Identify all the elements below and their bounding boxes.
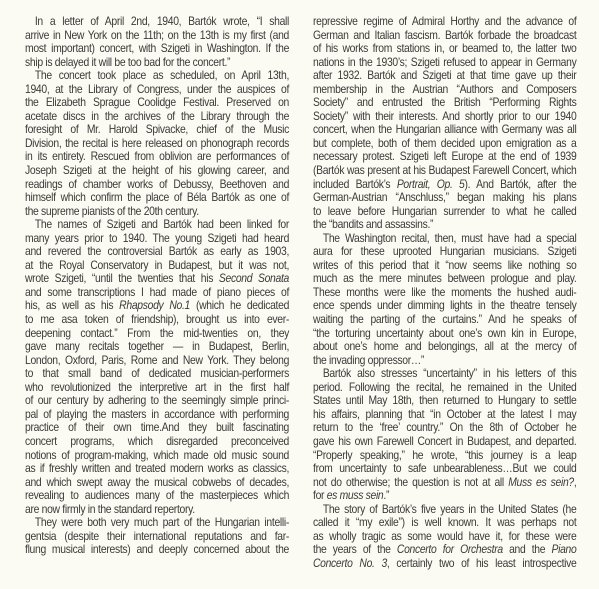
text-run: the invading oppressor…”	[313, 354, 424, 367]
italic-title: Rhapsody No.1	[119, 299, 190, 312]
paragraph: repressive regime of Admiral Horthy and …	[313, 15, 576, 232]
text-run: States until May 18th, then returned to …	[313, 394, 576, 407]
text-line: flung musical interests) and deeply conc…	[25, 543, 289, 557]
text-line: who revolutionized the interpretive art …	[25, 381, 289, 395]
text-run: concert, when the Hungarian alliance wit…	[313, 123, 576, 136]
text-line: London, Oxford, Paris, Rome and New York…	[25, 354, 289, 368]
text-line: and revered the controversial Bartók as …	[25, 245, 289, 259]
text-run: the “bandits and assassins.”	[313, 218, 433, 231]
text-line: concert programs, which disregarded prec…	[25, 435, 289, 449]
text-run: flung musical interests) and deeply conc…	[25, 543, 289, 556]
text-run: ence spends under dimming lights in the …	[313, 299, 576, 312]
text-line: and which swept away the musical cobwebs…	[25, 476, 289, 490]
text-line: of our century by adhering to the seemin…	[25, 394, 289, 408]
text-line: included Bartók’s Portrait, Op. 5). And …	[313, 178, 576, 192]
text-run: “the torturing uncertainty about one’s o…	[313, 327, 576, 340]
text-run: (Bartók was present at his Budapest Fare…	[313, 164, 576, 177]
text-line: 1940, at the Library of Congress, under …	[25, 83, 289, 97]
text-run: much as the mere minutes between prologu…	[313, 272, 576, 285]
text-run: Society” with their interests. And short…	[313, 110, 576, 123]
paragraph: The concert took place as scheduled, on …	[25, 69, 289, 218]
text-run: many years prior to 1940. The young Szig…	[25, 232, 289, 245]
text-line: The story of Bartók’s five years in the …	[313, 503, 576, 517]
text-line: period. Following the recital, he remain…	[313, 381, 576, 395]
text-run: for	[313, 489, 327, 502]
text-run: to leave before Hungarian surrender to w…	[313, 205, 576, 218]
text-run: in its entirety. Rescued from oblivion a…	[25, 150, 289, 163]
text-run: his affairs, planning that “in October a…	[313, 408, 576, 421]
text-run: They were both very much part of the Hun…	[35, 516, 289, 529]
text-line: nations in the 1930’s; Szigeti refused t…	[313, 56, 576, 70]
text-line: concert, when the Hungarian alliance wit…	[313, 123, 576, 137]
italic-title: Muss es sein?	[508, 476, 574, 489]
text-line: revealing to audiences many of the maste…	[25, 489, 289, 503]
text-line: the invading oppressor…”	[313, 354, 576, 368]
text-line: wrote Szigeti, “until the twenties that …	[25, 272, 289, 286]
text-line: the supreme pianists of the 20th century…	[25, 205, 289, 219]
text-run: ). And Bartók, after the	[465, 178, 577, 191]
text-run: concert programs, which disregarded prec…	[25, 435, 289, 448]
text-run: .”	[383, 489, 389, 502]
text-run: practice of their own time.And they buil…	[25, 421, 289, 434]
text-run: The concert took place as scheduled, on …	[35, 69, 289, 82]
italic-title: Second Sonata	[219, 272, 289, 285]
text-run: waiting the parting of the curtains.” An…	[313, 313, 576, 326]
liner-notes-page: In a letter of April 2nd, 1940, Bartók w…	[0, 0, 599, 589]
text-line: to that small band of dedicated musician…	[25, 367, 289, 381]
text-run: German and Italian fascism. Bartók forba…	[313, 29, 576, 42]
text-run: revealing to audiences many of the maste…	[25, 489, 289, 502]
left-column: In a letter of April 2nd, 1940, Bartók w…	[25, 15, 289, 557]
text-run: “Properly speaking,” he wrote, “this jou…	[313, 449, 576, 462]
text-line: ship is delayed it will be too bad for t…	[25, 56, 289, 70]
text-run: , certainly two of his least introspecti…	[387, 557, 577, 570]
italic-title: Concerto for Orchestra	[397, 543, 503, 556]
text-line: Society” and entrusted the British “Perf…	[313, 96, 576, 110]
text-line: of his works from stations in, or beamed…	[313, 42, 576, 56]
text-run: In a letter of April 2nd, 1940, Bartók w…	[35, 15, 289, 28]
text-run: Division, the recital is here released o…	[25, 137, 289, 150]
text-line: Concerto No. 3, certainly two of his lea…	[313, 557, 576, 571]
text-line: repressive regime of Admiral Horthy and …	[313, 15, 576, 29]
text-run: Bartók also stresses “uncertainty” in hi…	[323, 367, 577, 380]
text-line: as wholly tragic as some would have it, …	[313, 530, 576, 544]
text-line: are now firmly in the standard repertory…	[25, 503, 289, 517]
text-run: not do otherwise; the question is not at…	[313, 476, 508, 489]
paragraph: They were both very much part of the Hun…	[25, 516, 289, 557]
paragraph: Bartók also stresses “uncertainty” in hi…	[313, 367, 576, 502]
text-line: aura for these uprooted Hungarian musici…	[313, 245, 576, 259]
text-run: necessary protest. Szigeti left Europe a…	[313, 150, 576, 163]
text-run: to me asa token of friendship), brought …	[25, 313, 289, 326]
text-line: much as the mere minutes between prologu…	[313, 272, 576, 286]
text-run: of his works from stations in, or beamed…	[313, 42, 576, 55]
text-line: The names of Szigeti and Bartók had been…	[25, 218, 289, 232]
text-line: arrive in New York on the 11th; on the 1…	[25, 29, 289, 43]
text-line: German-Austrian “Anschluss,” began makin…	[313, 191, 576, 205]
text-line: about one’s home and belongings, all at …	[313, 340, 576, 354]
text-line: not do otherwise; the question is not at…	[313, 476, 576, 490]
text-run: who revolutionized the interpretive art …	[25, 381, 289, 394]
text-run: The story of Bartók’s five years in the …	[323, 503, 577, 516]
text-line: many years prior to 1940. The young Szig…	[25, 232, 289, 246]
text-line: but complete, both of them decided upon …	[313, 137, 576, 151]
italic-title: Portrait, Op. 5	[397, 178, 465, 191]
text-run: readings of chamber works of Debussy, Be…	[25, 178, 289, 191]
text-run: ship is delayed it will be too bad for t…	[25, 56, 230, 69]
text-line: In a letter of April 2nd, 1940, Bartók w…	[25, 15, 289, 29]
text-run: wrote Szigeti, “until the twenties that …	[25, 272, 219, 285]
text-line: The Washington recital, then, must have …	[313, 232, 576, 246]
text-line: most important) concert, with Szigeti in…	[25, 42, 289, 56]
text-run: (which he dedicated	[190, 299, 289, 312]
text-line: in its entirety. Rescued from oblivion a…	[25, 150, 289, 164]
text-line: “the torturing uncertainty about one’s o…	[313, 327, 576, 341]
text-line: to me asa token of friendship), brought …	[25, 313, 289, 327]
text-run: included Bartók’s	[313, 178, 397, 191]
text-line: writes of this period that it “now seems…	[313, 259, 576, 273]
text-run: pal of playing the masters in accordance…	[25, 408, 289, 421]
text-line: (Bartók was present at his Budapest Fare…	[313, 164, 576, 178]
text-run: ,	[574, 476, 577, 489]
text-run: return to the ‘free’ country.” On the 8t…	[313, 421, 576, 434]
text-run: The Washington recital, then, must have …	[323, 232, 577, 245]
text-run: arrive in New York on the 11th; on the 1…	[25, 29, 289, 42]
text-line: deepening contact.” From the mid-twentie…	[25, 327, 289, 341]
text-run: most important) concert, with Szigeti in…	[25, 42, 289, 55]
text-run: to that small band of dedicated musician…	[25, 367, 289, 380]
text-line: and some transcriptions I had made of pi…	[25, 286, 289, 300]
paragraph: The Washington recital, then, must have …	[313, 232, 576, 367]
text-line: Bartók also stresses “uncertainty” in hi…	[313, 367, 576, 381]
text-run: the supreme pianists of the 20th century…	[25, 205, 199, 218]
text-line: “Properly speaking,” he wrote, “this jou…	[313, 449, 576, 463]
text-line: the “bandits and assassins.”	[313, 218, 576, 232]
text-run: period. Following the recital, he remain…	[313, 381, 576, 394]
text-line: practice of their own time.And they buil…	[25, 421, 289, 435]
paragraph: The story of Bartók’s five years in the …	[313, 503, 576, 571]
text-run: membership in the Austrian “Authors and …	[313, 83, 576, 96]
text-line: States until May 18th, then returned to …	[313, 394, 576, 408]
text-run: writes of this period that it “now seems…	[313, 259, 576, 272]
text-line: the years of the Concerto for Orchestra …	[313, 543, 576, 557]
text-line: himself which confirm the place of Béla …	[25, 191, 289, 205]
text-run: of our century by adhering to the seemin…	[25, 394, 289, 407]
text-run: as wholly tragic as some would have it, …	[313, 530, 576, 543]
text-line: These months were like the moments the h…	[313, 286, 576, 300]
text-line: called it “my exile”) is well known. It …	[313, 516, 576, 530]
text-run: and some transcriptions I had made of pi…	[25, 286, 289, 299]
text-run: at the Royal Conservatory in Budapest, b…	[25, 259, 289, 272]
paragraph: The names of Szigeti and Bartók had been…	[25, 218, 289, 516]
text-run: These months were like the moments the h…	[313, 286, 576, 299]
text-run: himself which confirm the place of Béla …	[25, 191, 289, 204]
text-line: his, as well as his Rhapsody No.1 (which…	[25, 299, 289, 313]
text-run: gave his own Farewell Concert in Budapes…	[313, 435, 576, 448]
text-line: from uncertainty to safe unbearableness……	[313, 462, 576, 476]
text-line: The concert took place as scheduled, on …	[25, 69, 289, 83]
text-line: ence spends under dimming lights in the …	[313, 299, 576, 313]
text-line: for es muss sein.”	[313, 489, 576, 503]
text-run: foresight of Mr. Harold Spivacke, chief …	[25, 123, 289, 136]
text-run: 1940, at the Library of Congress, under …	[25, 83, 289, 96]
text-run: the years of the	[313, 543, 397, 556]
text-line: return to the ‘free’ country.” On the 8t…	[313, 421, 576, 435]
text-run: but complete, both of them decided upon …	[313, 137, 576, 150]
text-line: to leave before Hungarian surrender to w…	[313, 205, 576, 219]
text-line: pal of playing the masters in accordance…	[25, 408, 289, 422]
text-line: They were both very much part of the Hun…	[25, 516, 289, 530]
text-run: the Elizabeth Sprague Coolidge Festival.…	[25, 96, 289, 109]
text-run: gentsia (despite their international rep…	[25, 530, 289, 543]
right-column: repressive regime of Admiral Horthy and …	[313, 15, 576, 570]
text-run: his, as well as his	[25, 299, 119, 312]
text-run: The names of Szigeti and Bartók had been…	[35, 218, 289, 231]
text-line: gave many recitals together — in Budapes…	[25, 340, 289, 354]
text-run: German-Austrian “Anschluss,” began makin…	[313, 191, 576, 204]
italic-title: Piano	[552, 543, 577, 556]
text-run: as if freshly written and treated modern…	[25, 462, 289, 475]
text-run: London, Oxford, Paris, Rome and New York…	[25, 354, 289, 367]
text-line: Division, the recital is here released o…	[25, 137, 289, 151]
text-line: Society” with their interests. And short…	[313, 110, 576, 124]
text-run: acetate discs in the archives of the Lib…	[25, 110, 289, 123]
text-line: waiting the parting of the curtains.” An…	[313, 313, 576, 327]
text-line: his affairs, planning that “in October a…	[313, 408, 576, 422]
text-run: aura for these uprooted Hungarian musici…	[313, 245, 576, 258]
text-run: Society” and entrusted the British “Perf…	[313, 96, 576, 109]
text-run: and revered the controversial Bartók as …	[25, 245, 289, 258]
text-run: and the	[503, 543, 552, 556]
italic-title: Concerto No. 3	[313, 557, 387, 570]
text-line: gentsia (despite their international rep…	[25, 530, 289, 544]
text-run: are now firmly in the standard repertory…	[25, 503, 195, 516]
text-run: about one’s home and belongings, all at …	[313, 340, 576, 353]
text-line: after 1932. Bartók and Szigeti at that t…	[313, 69, 576, 83]
text-line: foresight of Mr. Harold Spivacke, chief …	[25, 123, 289, 137]
text-run: and which swept away the musical cobwebs…	[25, 476, 289, 489]
text-line: necessary protest. Szigeti left Europe a…	[313, 150, 576, 164]
paragraph: In a letter of April 2nd, 1940, Bartók w…	[25, 15, 289, 69]
text-line: readings of chamber works of Debussy, Be…	[25, 178, 289, 192]
text-run: called it “my exile”) is well known. It …	[313, 516, 576, 529]
text-run: Joseph Szigeti at the height of his glow…	[25, 164, 289, 177]
text-line: gave his own Farewell Concert in Budapes…	[313, 435, 576, 449]
text-line: as if freshly written and treated modern…	[25, 462, 289, 476]
text-line: German and Italian fascism. Bartók forba…	[313, 29, 576, 43]
text-run: nations in the 1930’s; Szigeti refused t…	[313, 56, 576, 69]
text-line: the Elizabeth Sprague Coolidge Festival.…	[25, 96, 289, 110]
text-run: after 1932. Bartók and Szigeti at that t…	[313, 69, 576, 82]
text-run: notions of program-making, which made ol…	[25, 449, 289, 462]
text-line: acetate discs in the archives of the Lib…	[25, 110, 289, 124]
text-run: repressive regime of Admiral Horthy and …	[313, 15, 576, 28]
text-line: notions of program-making, which made ol…	[25, 449, 289, 463]
text-run: gave many recitals together — in Budapes…	[25, 340, 289, 353]
italic-title: es muss sein	[327, 489, 384, 502]
text-line: membership in the Austrian “Authors and …	[313, 83, 576, 97]
text-run: from uncertainty to safe unbearableness……	[313, 462, 576, 475]
text-run: deepening contact.” From the mid-twentie…	[25, 327, 289, 340]
text-line: Joseph Szigeti at the height of his glow…	[25, 164, 289, 178]
text-line: at the Royal Conservatory in Budapest, b…	[25, 259, 289, 273]
